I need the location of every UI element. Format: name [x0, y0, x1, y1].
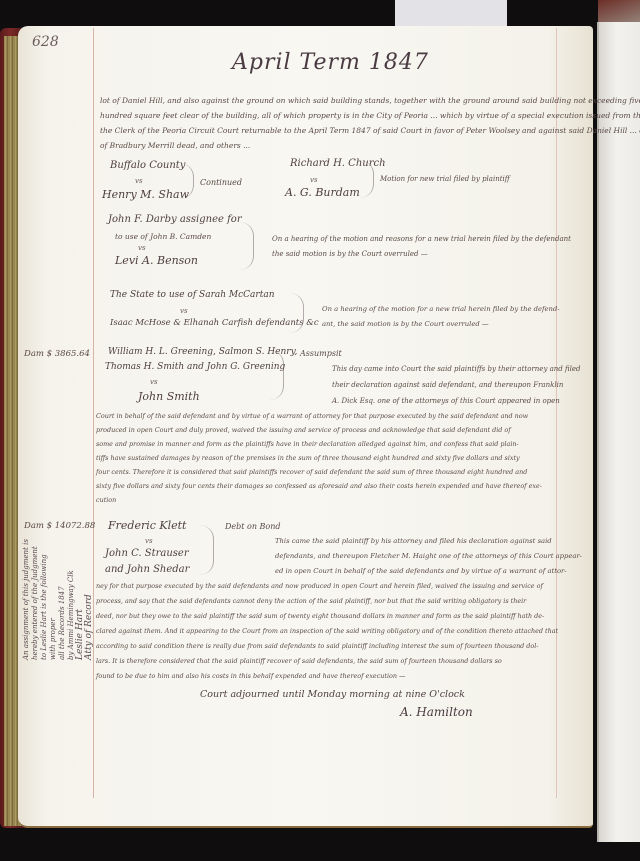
damages-margin-note: Dam $ 14072.88: [24, 521, 95, 531]
case-brace: [355, 160, 374, 198]
case-vs: vs: [180, 307, 188, 315]
case-body-line: sixty five dollars and sixty four cents …: [96, 482, 542, 490]
case-body-line: This day came into Court the said plaint…: [332, 365, 581, 373]
case-body-line: defendants, and thereupon Fletcher M. Ha…: [275, 552, 582, 560]
case-plaintiff-line2: Thomas H. Smith and John G. Greening: [105, 362, 285, 372]
case-body-line: clared against them. And it appearing to…: [96, 627, 558, 635]
clerk-signature: A. Hamilton: [400, 705, 473, 719]
case-vs: vs: [135, 177, 143, 185]
case-action-line: the said motion is by the Court overrule…: [272, 250, 428, 258]
case-body-line: This came the said plaintiff by his atto…: [275, 537, 552, 545]
case-vs: vs: [138, 244, 146, 252]
case-plaintiff: John F. Darby assignee for: [108, 214, 242, 225]
case-body-line: four cents. Therefore it is considered t…: [96, 468, 527, 476]
case-vs: vs: [150, 378, 158, 386]
intro-line: of Bradbury Merrill dead, and others ...: [100, 141, 250, 150]
case-action-line: On a hearing of the motion and reasons f…: [272, 235, 571, 243]
intro-line: hundred square feet clear of the buildin…: [100, 111, 640, 120]
case-plaintiff: The State to use of Sarah McCartan: [110, 290, 275, 300]
case-body-line: tiffs have sustained damages by reason o…: [96, 454, 520, 462]
margin-note-line: to Leslie Hart is the following: [40, 539, 49, 660]
case-brace: [195, 525, 214, 575]
case-plaintiff: Frederic Klett: [108, 519, 186, 532]
margin-note-line: with proper: [49, 539, 58, 660]
case-brace: [285, 293, 304, 333]
adjournment-note: Court adjourned until Monday morning at …: [200, 689, 465, 700]
case-body-line: A. Dick Esq. one of the attorneys of thi…: [332, 397, 560, 405]
case-body-line: process, and say that the said defendant…: [96, 597, 526, 605]
case-body-line: produced in open Court and duly proved, …: [96, 426, 511, 434]
case-action: Assumpsit: [300, 349, 342, 358]
case-action: Motion for new trial filed by plaintiff: [380, 175, 510, 183]
case-body-line: deed, nor but they owe to the said plain…: [96, 612, 544, 620]
assignment-margin-note: An assignment of this judgment is hereby…: [22, 539, 94, 660]
case-action-line: ant, the said motion is by the Court ove…: [322, 320, 489, 328]
paper-tab: [395, 0, 507, 26]
case-body-line: cution: [96, 496, 116, 504]
case-brace: [265, 350, 284, 400]
case-defendant-line2: and John Shedar: [105, 564, 189, 575]
case-body-line: ed in open Court in behalf of the said d…: [275, 567, 567, 575]
case-vs: vs: [310, 176, 318, 184]
page-title: April Term 1847: [232, 50, 429, 75]
case-defendant: A. G. Burdam: [285, 186, 360, 199]
margin-note-line: An assignment of this judgment is: [22, 539, 31, 660]
case-plaintiff-line2: to use of John B. Camden: [115, 232, 211, 241]
right-margin-rule: [556, 28, 557, 798]
margin-note-line: Atty of Record: [85, 539, 94, 660]
margin-rule: [93, 28, 94, 798]
case-action: Debt on Bond: [225, 522, 281, 531]
damages-margin-note: Dam $ 3865.64: [24, 349, 90, 359]
case-defendant: Levi A. Benson: [115, 254, 198, 267]
case-defendant: John C. Strauser: [105, 548, 189, 559]
intro-line: the Clerk of the Peoria Circuit Court re…: [100, 126, 640, 135]
intro-line: lot of Daniel Hill, and also against the…: [100, 96, 640, 105]
case-body-line: found to be due to him and also his cost…: [96, 672, 405, 680]
case-action-line: On a hearing of the motion for a new tri…: [322, 305, 560, 313]
case-body-line: ney for that purpose executed by the sai…: [96, 582, 543, 590]
case-action: Continued: [200, 178, 242, 187]
case-body-line: according to said condition there is rea…: [96, 642, 538, 650]
case-vs: vs: [145, 537, 153, 545]
case-body-line: some and promise in manner and form as t…: [96, 440, 519, 448]
case-brace: [235, 222, 254, 270]
case-body-line: their declaration against said defendant…: [332, 381, 563, 389]
case-body-line: Court in behalf of the said defendant an…: [96, 412, 528, 420]
case-defendant: John Smith: [138, 390, 200, 403]
case-body-line: lars. It is therefore considered that th…: [96, 657, 502, 665]
facing-page: [597, 22, 640, 842]
page-number: 628: [32, 34, 59, 50]
margin-note-line: hereby entered of the Judgment: [31, 539, 40, 660]
margin-note-line: all the Records 1847: [58, 539, 67, 660]
